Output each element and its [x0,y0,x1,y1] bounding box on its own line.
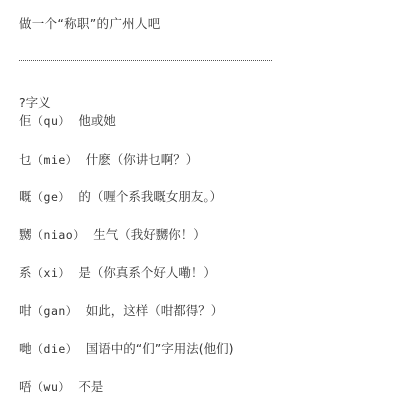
entry-meaning: 他或她 [78,113,116,128]
vocab-entry: 哋（die）国语中的“们”字用法(他们) [19,339,234,357]
entry-character: 系 [19,265,32,280]
entry-meaning: 的（喱个系我嘅女朋友。） [78,189,222,204]
entry-character: 佢 [19,113,32,128]
entry-meaning: 国语中的“们”字用法(他们) [86,341,234,356]
entry-pinyin: （wu） [32,380,71,394]
entry-character: 嬲 [19,227,32,242]
entry-character: 哋 [19,341,32,356]
vocab-entry: 佢（qu）他或她 [19,111,116,129]
entry-character: 唔 [19,379,32,394]
document-title: 做一个“称职”的广州人吧 [19,14,161,32]
entry-pinyin: （xi） [32,266,71,280]
entry-meaning: 不是 [78,379,103,394]
vocab-entry: 系（xi）是（你真系个好人嘞！） [19,263,216,281]
entry-pinyin: （die） [32,342,78,356]
vocab-entry: 乜（mie）什麽（你讲乜啊？） [19,150,198,168]
entry-meaning: 什麽（你讲乜啊？） [86,152,199,167]
entry-meaning: 是（你真系个好人嘞！） [78,265,216,280]
vocab-entry: 咁（gan）如此，这样（咁都得？） [19,301,223,319]
entry-pinyin: （qu） [32,114,71,128]
entry-pinyin: （gan） [32,304,78,318]
dotted-divider [19,60,272,61]
vocab-entry: 嬲（niao）生气（我好嬲你！） [19,225,206,243]
entry-character: 咁 [19,303,32,318]
entry-meaning: 如此，这样（咁都得？） [86,303,224,318]
entry-character: 嘅 [19,189,32,204]
vocab-entry: 唔（wu）不是 [19,377,103,395]
entry-pinyin: （mie） [32,153,78,167]
vocab-entry: 嘅（ge）的（喱个系我嘅女朋友。） [19,187,222,205]
entry-pinyin: （niao） [32,228,86,242]
entry-meaning: 生气（我好嬲你！） [93,227,206,242]
section-heading: ?字义 [19,93,51,111]
entry-pinyin: （ge） [32,190,71,204]
entry-character: 乜 [19,152,32,167]
